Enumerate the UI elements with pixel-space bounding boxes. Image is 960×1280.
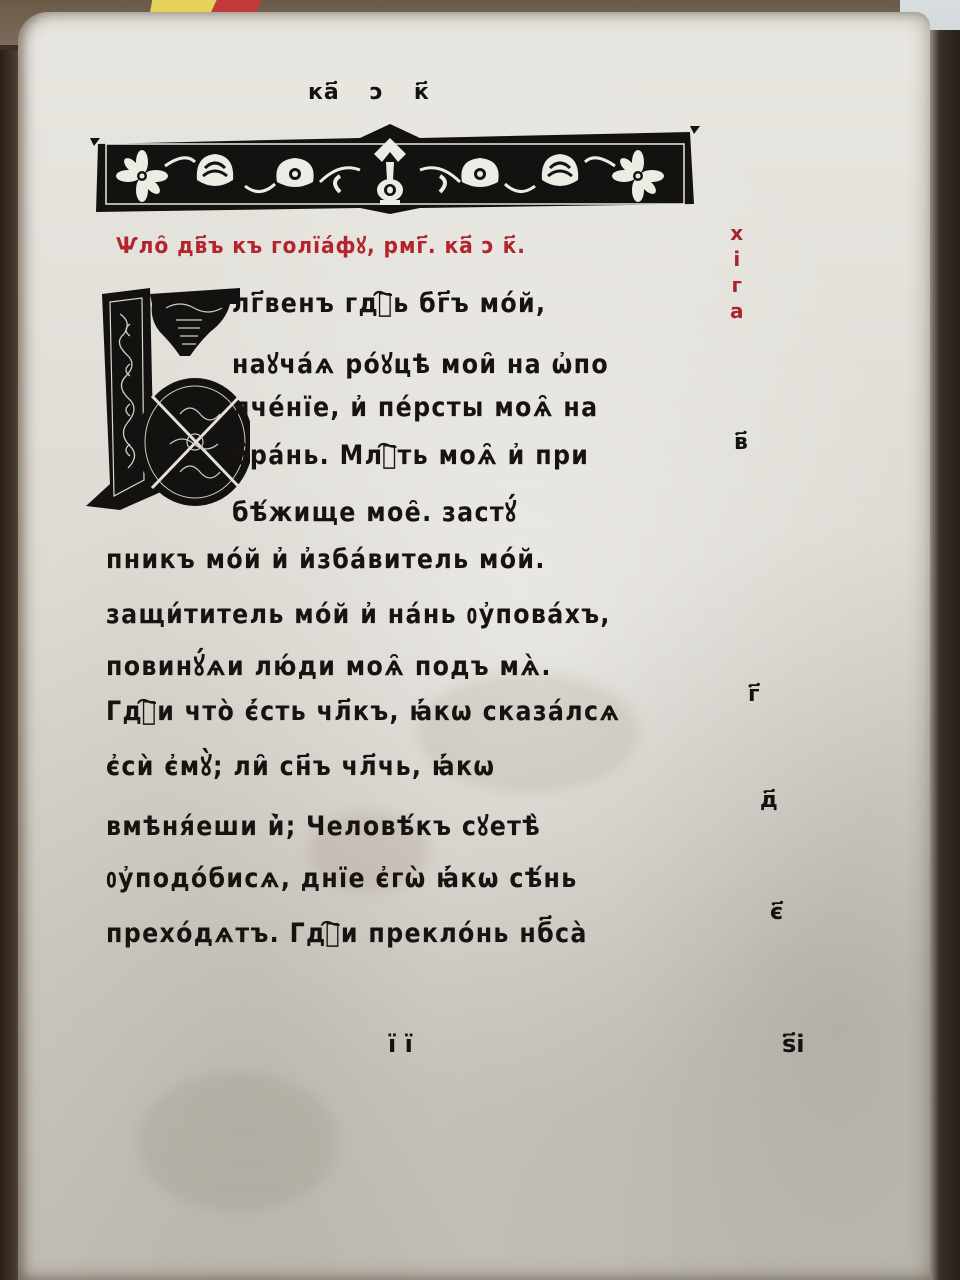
text-line-3: лче́нїе, и҆ пе́рсты моѧ̑ на — [232, 392, 598, 423]
text-line-4: бра́нь. Млⷭ҇ть моѧ̑ и҆ при — [232, 440, 589, 471]
margin-red-char: і — [733, 246, 740, 272]
running-head-left: ка҃ — [308, 80, 340, 105]
text-line-13: прехо́дѧтъ. Гдⷭ҇и прекло́нь нб҃са̀ — [106, 918, 588, 949]
running-head-right: к҃ — [414, 80, 430, 105]
water-stain — [138, 1072, 338, 1212]
signature-mark-right: ѕ҃і — [782, 1030, 805, 1058]
margin-red-char: х — [730, 220, 743, 246]
text-line-6: пникъ мо́й и҆ и҆зба́витель мо́й. — [106, 544, 546, 575]
text-line-8: повинꙋ́ѧи лю́ди моѧ̑ подъ мѧ̀. — [106, 646, 552, 683]
verse-number-4: д҃ — [760, 788, 778, 813]
text-line-5: бѣ́жище мое̑. застꙋ́ — [232, 492, 517, 529]
verse-number-3: г҃ — [748, 682, 760, 707]
photo-scene: ка҃ ↄ к҃ — [0, 0, 960, 1280]
psalm-title: Ѱло̑ дв҃ъ къ голїа́фꙋ, рмг҃. ка҃ ↄ к҃. — [116, 230, 526, 260]
text-line-7: защи́титель мо́й и҆ на́нь ᲂу҆пова́хъ, — [106, 594, 611, 631]
running-head-separator: ↄ — [370, 80, 384, 105]
running-head: ка҃ ↄ к҃ — [308, 80, 430, 105]
margin-red-reference: х і г а — [730, 220, 744, 324]
floral-headpiece-ornament — [90, 122, 700, 218]
text-line-1: лг҃венъ гдⷭ҇ь бг҃ъ мо́й, — [232, 288, 546, 319]
text-line-10: є҆сѝ є҆мꙋ̀; ли̑ сн҃ъ чл҃чь, ꙗ҆́кѡ — [106, 746, 495, 783]
book-page: ка҃ ↄ к҃ — [18, 12, 930, 1280]
signature-mark-center: ї ї — [388, 1030, 413, 1058]
text-line-12: ᲂу҆подо́бисѧ, днїе є҆гѡ̀ ꙗ҆́кѡ сѣ́нь — [106, 858, 578, 895]
margin-red-char: г — [732, 272, 742, 298]
margin-red-char: а — [730, 298, 744, 324]
text-line-9: Гдⷭ҇и что̀ є҆́сть чл҃къ, ꙗ҆́кѡ сказа́лсѧ — [106, 696, 620, 727]
text-line-2: наꙋча́ѧ ро́ꙋцѣ мои̑ на ѡ҆по — [232, 344, 609, 381]
ornate-initial-letter-b-icon — [80, 274, 250, 516]
verse-number-5: є҃ — [770, 900, 783, 925]
text-line-11: вмѣня́еши и҆̀; Человѣ́къ сꙋетѣ̀ — [106, 806, 541, 843]
book-page-edges-right — [926, 30, 960, 1280]
verse-number-2: в҃ — [734, 430, 748, 455]
